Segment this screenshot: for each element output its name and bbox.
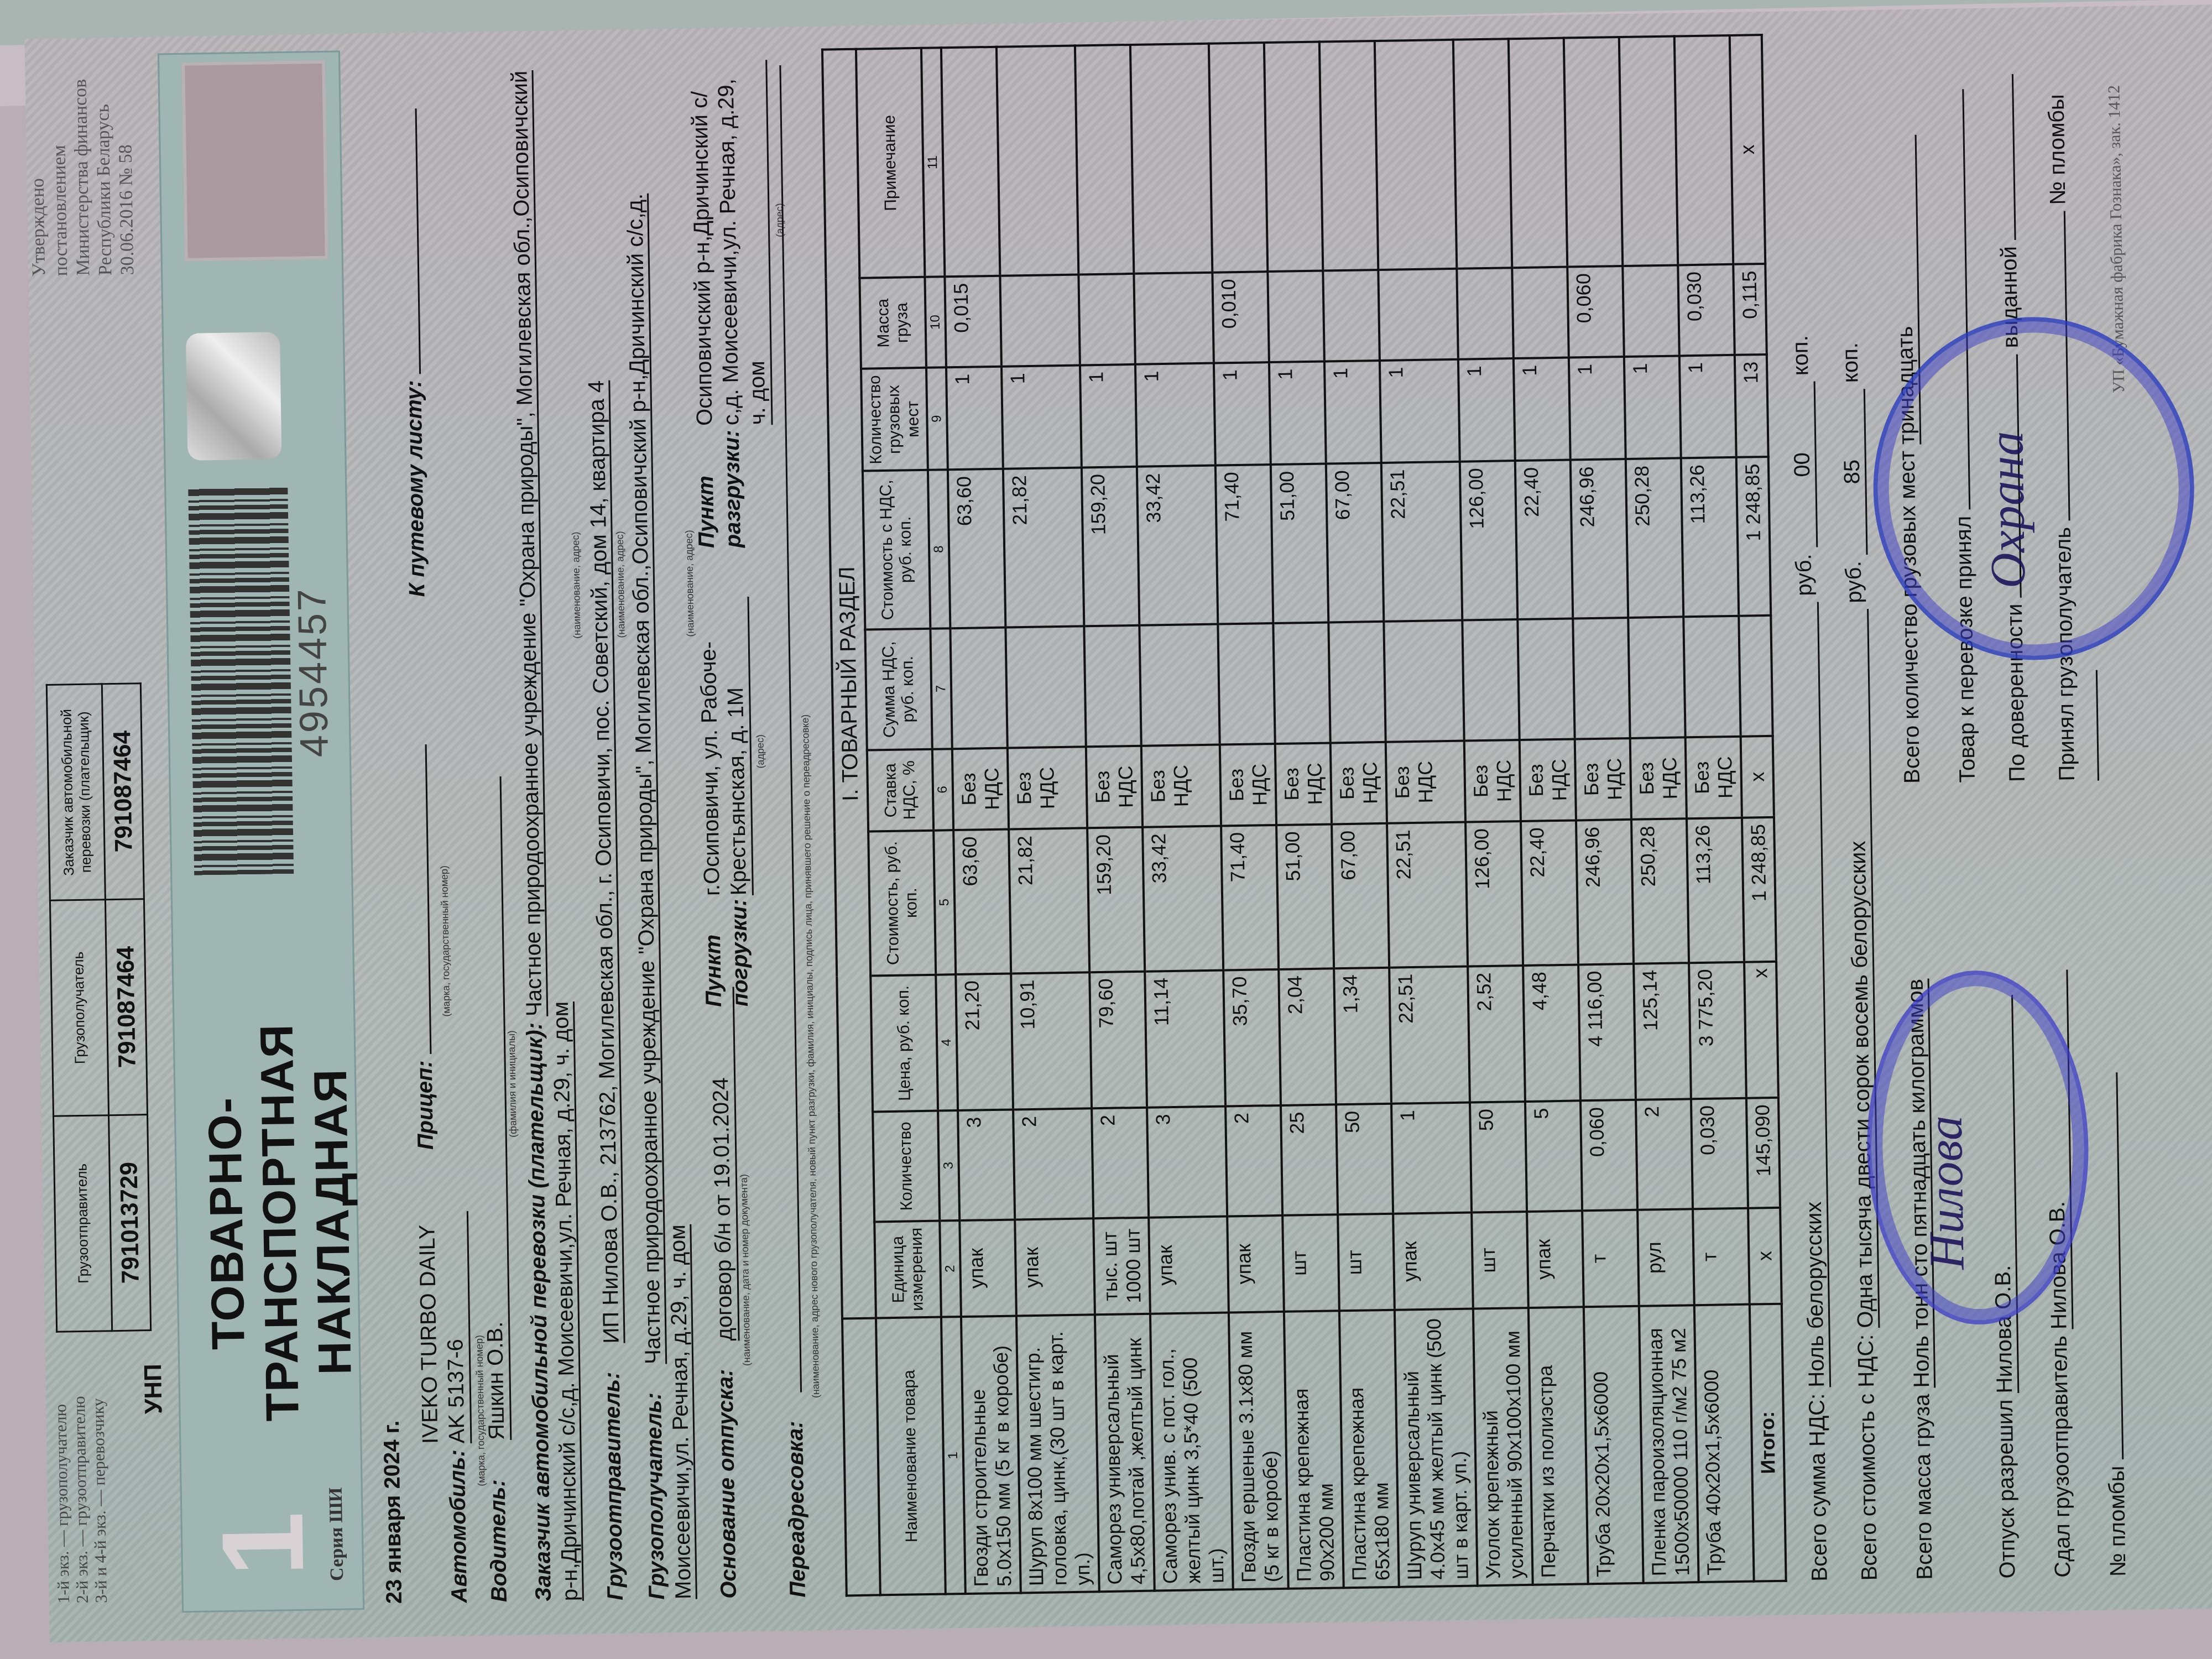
unp-label: УНП [139, 1364, 168, 1415]
cell-cost: 246,96 [1576, 820, 1634, 964]
cell-name: Пластина крепежная 90х200 мм [1284, 1311, 1344, 1589]
cell-name: Уголок крепежный усиленный 90х100х100 мм [1473, 1308, 1533, 1585]
cell-name: Труба 20х20х1,5х6000 [1584, 1306, 1644, 1584]
consignee-field: Грузополучатель: Частное природоохранное… [619, 62, 697, 1600]
column-header: Ставка НДС, % [867, 749, 933, 832]
cell-price: 2,52 [1468, 966, 1525, 1103]
cell-mass [1267, 271, 1324, 363]
vat-total-label: Всего сумма НДС: [1804, 1394, 1832, 1582]
driver-label: Водитель: [485, 1479, 511, 1603]
unp-table: Грузоотправитель Грузополучатель Заказчи… [46, 682, 152, 1333]
consignee-value: Частное природоохранное учреждение "Охра… [623, 194, 697, 1600]
cell-unit: т [1582, 1209, 1639, 1307]
cell-vat-rate: Без НДС [1520, 739, 1576, 821]
cell-qty: 5 [1525, 1101, 1582, 1212]
cost-total-label: Всего стоимость с НДС: [1854, 1334, 1882, 1580]
cell-cost: 71,40 [1221, 825, 1279, 970]
cell-places: 1 [946, 367, 1003, 470]
cell-cost: 22,51 [1387, 822, 1468, 968]
copy-note-3: 3-й и 4-й экз. — перевозчику [89, 1396, 111, 1603]
cell-vat-rate: Без НДС [1008, 747, 1087, 829]
cell-cost-vat: 33,42 [1137, 466, 1218, 625]
cell-note [1209, 43, 1267, 273]
cell-note [1619, 36, 1678, 266]
cell-vat-rate: Без НДС [1086, 746, 1142, 828]
barcode-number: 4954457 [289, 586, 337, 758]
cell-cost: 33,42 [1142, 826, 1223, 971]
cell-mass [1323, 270, 1380, 362]
cell-price: 4 116,00 [1578, 963, 1636, 1100]
cell-name: Саморез универсальный 4,5х80,потай ,желт… [1095, 1314, 1155, 1592]
cell-unit: упак [1015, 1218, 1095, 1316]
cell-qty: 2 [1225, 1105, 1282, 1216]
cell-unit: шт [1282, 1214, 1339, 1312]
column-number: 4 [936, 974, 958, 1111]
unloading-label: Пункт разгрузки: [692, 431, 747, 548]
cell-unit: тыс. шт 1000 шт [1093, 1217, 1150, 1314]
cell-vat-sum [1628, 617, 1685, 738]
series-label: Серия ШИ [326, 1487, 348, 1581]
cell-note [1264, 42, 1323, 272]
loading-label: Пункт погрузки: [699, 901, 754, 1007]
cell-unit: упак [959, 1219, 1016, 1317]
cell-name: Шуруп универсальный 4.0х45 мм желтый цин… [1395, 1309, 1478, 1587]
cell-vat-sum [1139, 624, 1219, 745]
hologram-icon [186, 332, 282, 461]
cell-mass [1457, 268, 1514, 359]
column-header: Масса груза [859, 277, 926, 369]
waybill-field: К путевому листу: [397, 108, 431, 597]
cell-unit: упак [1393, 1212, 1473, 1310]
cell-vat-sum [1573, 618, 1630, 739]
cell-note [1319, 41, 1378, 271]
column-number: 2 [940, 1220, 961, 1317]
unp-value-customer: 791087464 [102, 684, 144, 900]
loading-hint: (адрес) [754, 734, 766, 769]
total-label: Итого: [1750, 1304, 1786, 1582]
cell-vat-sum [1084, 625, 1141, 747]
shipper-hint: (наименование, адрес) [614, 531, 628, 638]
cell-name: Пленка пароизоляционная 1500х50000 110 г… [1639, 1305, 1699, 1583]
cell-cost-vat: 22,40 [1515, 460, 1573, 619]
cell-vat-sum [1462, 619, 1519, 741]
copy-number: 1 [204, 1511, 321, 1577]
cell-vat-sum [1005, 626, 1086, 748]
customer-field: Заказчик автомобильной перевозки (плател… [506, 64, 583, 1601]
title-block: 1 Серия ШИ ТОВАРНО-ТРАНСПОРТНАЯ НАКЛАДНА… [158, 50, 364, 1613]
column-header: Стоимость с НДС, руб. коп. [863, 470, 930, 629]
total-cost-vat: 1 248,85 [1736, 457, 1771, 615]
cell-price: 2,04 [1279, 968, 1336, 1105]
cell-vat-sum [1517, 618, 1574, 740]
cell-cost: 159,20 [1087, 827, 1145, 972]
cell-unit: упак [1227, 1215, 1284, 1312]
cell-cost-vat: 63,60 [948, 469, 1005, 628]
column-number: 5 [933, 830, 956, 974]
cell-name: Перчатки из полиэстра [1528, 1307, 1588, 1585]
total-note: х [1730, 35, 1765, 264]
cell-cost: 67,00 [1332, 823, 1389, 968]
cell-name: Гвозди ершеные 3.1х80 мм (5 кг в коробе) [1229, 1312, 1288, 1589]
trailer-label: Прицеп: [413, 1060, 439, 1150]
cell-qty: 50 [1470, 1102, 1527, 1212]
cell-mass: 0,030 [1678, 264, 1735, 356]
cell-cost-vat: 51,00 [1271, 464, 1328, 623]
trailer-field: Прицеп: [406, 744, 440, 1150]
cell-name: Пластина крепежная 65х180 мм [1339, 1310, 1399, 1588]
column-header: Количество грузовых мест [861, 368, 928, 471]
cell-qty: 1 [1391, 1103, 1472, 1214]
cell-price: 1,34 [1334, 967, 1391, 1104]
vehicle-label: Автомобиль: [445, 1449, 472, 1603]
column-number: 7 [930, 628, 952, 749]
readdress-label: Переадресовка: [783, 1421, 810, 1598]
cell-places: 1 [1458, 358, 1515, 462]
cell-cost-vat: 67,00 [1326, 463, 1384, 622]
unloading-value: Осиповичский р-н,Дричинский с/с,д. Моисе… [686, 60, 773, 426]
cell-vat-sum [1328, 622, 1385, 743]
consignee-label: Грузополучатель: [641, 1392, 669, 1600]
cell-mass [1623, 265, 1679, 357]
cell-vat-sum [1384, 620, 1464, 742]
cell-unit: упак [1149, 1216, 1229, 1314]
cell-vat-rate: Без НДС [952, 748, 1009, 831]
cost-kop: 85 [1839, 389, 1868, 555]
cell-cost-vat: 159,20 [1082, 467, 1139, 626]
unp-value-consignee: 791087464 [105, 899, 147, 1115]
cell-vat-rate: Без НДС [1331, 742, 1387, 825]
cell-price: 11,14 [1145, 970, 1225, 1108]
cell-mass [1512, 267, 1569, 359]
cell-mass [1134, 273, 1214, 364]
cost-kop-label: коп. [1838, 342, 1863, 383]
cell-price: 35,70 [1223, 969, 1281, 1107]
registration-stamp-box [181, 60, 328, 262]
consignee-signature: Охрана [1978, 431, 2037, 589]
cost-total-words: Одна тысяча двести сорок восемь белорусс… [1842, 609, 1880, 1328]
cell-price: 4,48 [1523, 964, 1580, 1102]
cell-name: Шуруп 8х100 мм шестигр. головка, цинк,(3… [1016, 1315, 1099, 1593]
vehicle-value: IVEKO TURBO DAILY AK 5137-6 [414, 1211, 472, 1444]
cell-cost-vat: 113,26 [1681, 457, 1739, 617]
cell-mass [1000, 275, 1080, 367]
unp-header-shipper: Грузоотправитель [54, 1115, 112, 1332]
column-header: Цена, руб. коп. [870, 974, 938, 1112]
vehicle-field: Автомобиль: IVEKO TURBO DAILY AK 5137-6 [414, 1211, 474, 1604]
cell-vat-rate: Без НДС [1575, 738, 1631, 821]
column-header: Наименование товара [876, 1317, 946, 1595]
cell-name: Труба 40х20х1,5х6000 [1694, 1305, 1754, 1582]
cell-vat-sum [1683, 616, 1740, 738]
cell-cost-vat: 250,28 [1626, 458, 1683, 618]
shipper-handed-label: Сдал грузоотправитель [2047, 1335, 2075, 1578]
cell-price: 79,60 [1089, 971, 1147, 1108]
cell-price: 10,91 [1011, 972, 1092, 1110]
cell-vat-rate: Без НДС [1464, 740, 1521, 822]
vat-total-line: Всего сумма НДС: Ноль белорусских руб. 0… [1788, 335, 1834, 1582]
cell-places: 1 [1214, 362, 1271, 466]
column-number: 8 [928, 470, 950, 629]
cell-vat-sum [1273, 622, 1330, 744]
seal-line: № пломбы [2098, 1072, 2131, 1577]
cell-qty: 0,030 [1691, 1098, 1748, 1209]
unp-header-consignee: Грузополучатель [50, 900, 108, 1117]
cell-unit: т [1693, 1208, 1750, 1305]
trailer-value [425, 744, 432, 1054]
vat-total-words: Ноль белорусских [1792, 602, 1831, 1388]
cell-qty: 25 [1281, 1104, 1338, 1215]
cell-vat-sum [1218, 623, 1275, 745]
loading-field: Пункт погрузки: г.Осиповичи, ул. Рабоче-… [694, 586, 755, 1007]
cell-places: 1 [1679, 355, 1736, 458]
readdress-value [779, 65, 802, 1392]
cell-price: 125,14 [1634, 963, 1691, 1100]
total-places: 13 [1735, 354, 1768, 457]
document-date: 23 января 2024 г. [378, 1420, 408, 1604]
cell-note [1453, 39, 1512, 269]
unp-value-shipper: 791013729 [109, 1115, 151, 1331]
total-mass: 0,115 [1733, 264, 1767, 355]
cell-note [997, 46, 1078, 276]
cell-qty: 2 [1636, 1099, 1693, 1209]
title-line-2: НАКЛАДНАЯ [302, 972, 363, 1470]
cell-name: Гвозди строительные 5.0х150 мм (5 кг в к… [961, 1316, 1021, 1594]
cell-cost-vat: 21,82 [1003, 468, 1084, 628]
total-qty: 145,090 [1746, 1098, 1780, 1208]
driver-hint: (фамилия и инициалы) [506, 1030, 519, 1138]
cell-name: Саморез унив. с пот. гол., желтый цинк 3… [1150, 1313, 1233, 1591]
cell-note [1375, 40, 1457, 270]
cell-places: 1 [1135, 363, 1215, 467]
basis-value: договор б/н от 19.01.2024 [706, 987, 740, 1341]
seal2-label: № пломбы [2044, 94, 2070, 205]
cell-mass: 0,015 [945, 276, 1001, 368]
basis-label: Основание отпуска: [713, 1369, 741, 1599]
shipper-field: Грузоотправитель: ИП Нилова О.В., 213762… [578, 63, 629, 1600]
column-header: Примечание [856, 48, 925, 278]
cell-cost: 22,40 [1521, 820, 1578, 965]
cell-vat-rate: Без НДС [1386, 741, 1465, 823]
vat-kop-label: коп. [1788, 335, 1813, 376]
column-number: 6 [932, 749, 953, 831]
unp-header-customer: Заказчик автомобильной перевозки (плател… [46, 684, 105, 901]
cell-cost-vat: 71,40 [1215, 465, 1273, 624]
cell-cost: 63,60 [953, 830, 1011, 974]
cell-places: 1 [1380, 359, 1460, 463]
cell-note [1509, 38, 1567, 268]
cell-unit: шт [1472, 1211, 1528, 1308]
cell-places: 1 [1324, 361, 1381, 464]
cell-cost: 51,00 [1276, 824, 1334, 969]
cell-mass: 0,060 [1567, 266, 1624, 358]
barcode-icon [188, 487, 294, 875]
cell-unit: упак [1527, 1211, 1584, 1308]
waybill-document: 1-й экз. — грузополучателю 2-й экз. — гр… [24, 4, 2212, 1642]
column-number: 3 [938, 1110, 959, 1220]
mass-total-label: Всего масса груза [1910, 1394, 1937, 1580]
vat-rub-label: руб. [1791, 554, 1816, 596]
cell-qty: 3 [958, 1110, 1015, 1220]
cell-qty: 0,060 [1580, 1100, 1637, 1211]
column-header: Сумма НДС, руб. коп. [865, 629, 932, 750]
copies-note: 1-й экз. — грузополучателю 2-й экз. — гр… [51, 1396, 111, 1604]
waybill-value [415, 108, 421, 374]
cell-vat-sum [950, 627, 1007, 749]
cell-places: 1 [1080, 364, 1137, 468]
cell-mass [1378, 269, 1458, 361]
cell-vat-rate: Без НДС [1220, 744, 1276, 826]
cell-places: 1 [1569, 357, 1626, 460]
basis-field: Основание отпуска: договор б/н от 19.01.… [706, 987, 744, 1599]
basis-hint: (наименование, дата и номер документа) [738, 1174, 753, 1366]
column-number: 9 [926, 367, 948, 470]
cell-note [1075, 45, 1134, 275]
total-price: х [1744, 961, 1778, 1098]
release-label: Отпуск разрешил [1993, 1399, 2020, 1579]
document-title: ТОВАРНО-ТРАНСПОРТНАЯ НАКЛАДНАЯ [196, 972, 363, 1472]
cell-price: 21,20 [956, 973, 1013, 1110]
shipper-label: Грузоотправитель: [599, 1371, 627, 1600]
cell-places: 1 [1624, 356, 1681, 460]
column-header: Стоимость, руб. коп. [868, 831, 936, 975]
cell-mass [1078, 274, 1135, 366]
cell-note [941, 47, 1000, 277]
cost-rub-label: руб. [1841, 561, 1866, 603]
cell-unit: рул [1637, 1209, 1694, 1306]
vat-kop: 00 [1789, 382, 1818, 548]
column-number: 10 [925, 276, 946, 368]
cell-note [1130, 44, 1212, 274]
cell-places: 1 [1001, 366, 1082, 469]
cell-places: 1 [1514, 358, 1571, 461]
cell-qty: 50 [1336, 1104, 1393, 1214]
total-unit: х [1748, 1207, 1782, 1305]
total-vat-rate: х [1741, 736, 1774, 818]
ministry-note: Утверждено постановлением Министерства ф… [25, 43, 139, 276]
cell-cost-vat: 126,00 [1460, 461, 1517, 620]
cell-places: 1 [1269, 362, 1326, 465]
column-header: Единица измерения [874, 1220, 941, 1318]
goods-table: I. ТОВАРНЫЙ РАЗДЕЛ Наименование товараЕд… [821, 34, 1787, 1597]
cell-cost-vat: 246,96 [1571, 459, 1628, 618]
cell-cost-vat: 22,51 [1381, 462, 1462, 622]
cell-cost: 250,28 [1631, 818, 1689, 963]
total-cost: 1 248,85 [1742, 817, 1776, 962]
cell-price: 22,51 [1389, 966, 1470, 1104]
cell-mass: 0,010 [1212, 272, 1269, 363]
trailer-hint: (марка, государственный номер) [439, 865, 452, 1017]
shipper-value: ИП Нилова О.В., 213762, Могилевская обл.… [584, 380, 625, 1344]
cell-cost: 126,00 [1465, 821, 1523, 966]
cell-unit: шт [1338, 1213, 1395, 1311]
cell-vat-rate: Без НДС [1275, 743, 1332, 825]
cell-qty: 3 [1147, 1107, 1227, 1218]
cell-cost: 21,82 [1009, 828, 1089, 973]
cell-qty: 2 [1013, 1108, 1093, 1219]
cell-vat-rate: Без НДС [1686, 737, 1742, 819]
cell-price: 3 775,20 [1689, 962, 1746, 1099]
shipper-signature: Нилова [1916, 1115, 1975, 1270]
goods-body: Гвозди строительные 5.0х150 мм (5 кг в к… [941, 35, 1754, 1594]
loading-value: г.Осиповичи, ул. Рабоче-Крестьянская, д.… [694, 597, 753, 896]
cell-note [1674, 35, 1733, 265]
cell-vat-rate: Без НДС [1630, 737, 1687, 820]
title-line-1: ТОВАРНО-ТРАНСПОРТНАЯ [196, 973, 310, 1473]
customer-hint: (наименование, адрес) [570, 531, 583, 639]
cell-note [1564, 37, 1623, 267]
cell-qty: 2 [1092, 1108, 1149, 1218]
waybill-label: К путевому листу: [401, 380, 429, 597]
total-vat-sum [1739, 615, 1772, 737]
column-header: Количество [873, 1111, 940, 1222]
seal-label: № пломбы [2104, 1465, 2130, 1577]
cell-cost: 113,26 [1687, 818, 1744, 963]
cell-vat-rate: Без НДС [1141, 744, 1221, 827]
cost-total-line: Всего стоимость с НДС: Одна тысяча двест… [1838, 342, 1884, 1581]
